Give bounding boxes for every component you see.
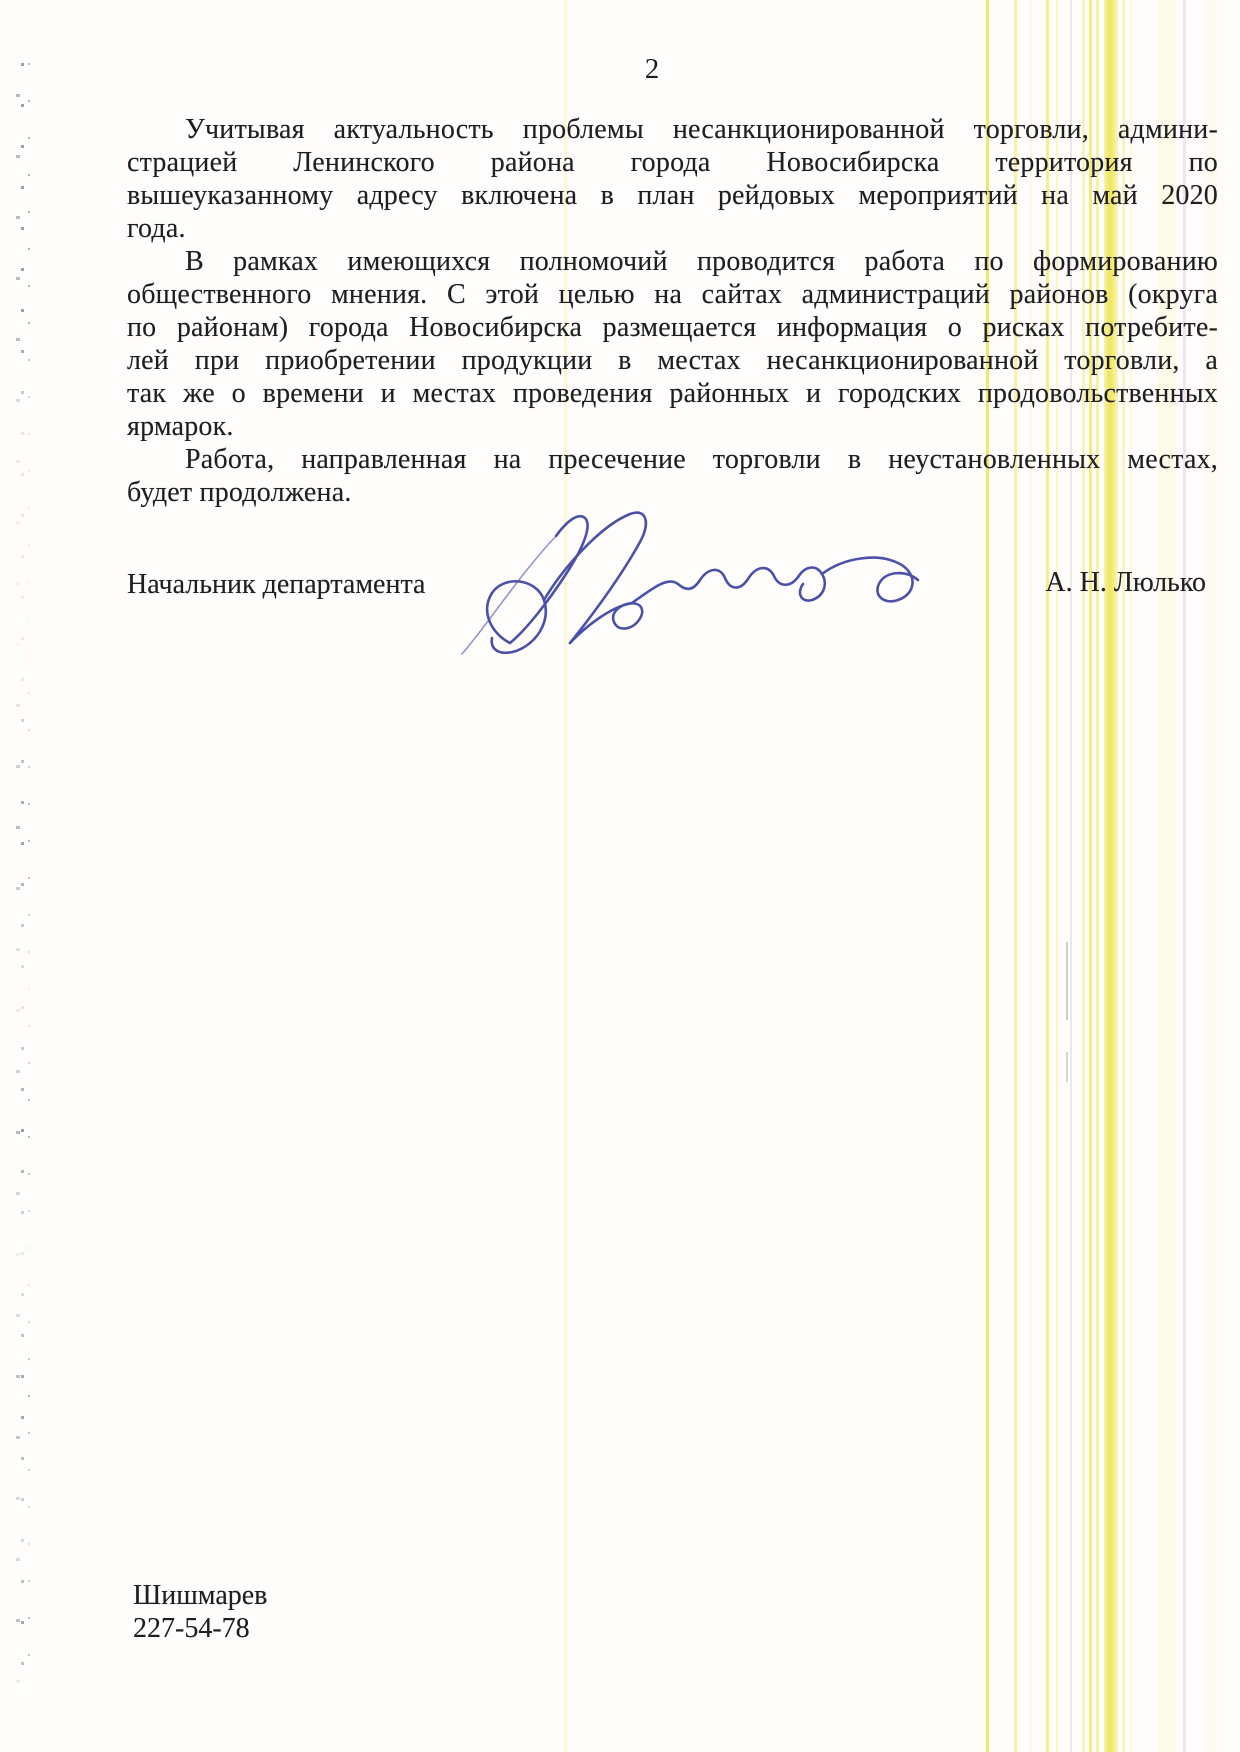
text-line: страцией Ленинского района города Новоси… bbox=[127, 146, 1218, 179]
executor-footer: Шишмарев 227-54-78 bbox=[133, 1579, 267, 1645]
scan-edge-noise bbox=[12, 34, 36, 1694]
text-line: лей при приобретении продукции в местах … bbox=[127, 344, 1218, 377]
scan-artifact bbox=[1066, 1052, 1068, 1082]
text-line: по районам) города Новосибирска размещае… bbox=[127, 311, 1218, 344]
text-line: В рамках имеющихся полномочий проводится… bbox=[127, 245, 1218, 278]
signer-name: А. Н. Люлько bbox=[1045, 566, 1206, 599]
document-body: Учитывая актуальность проблемы несанкцио… bbox=[127, 113, 1218, 509]
executor-name: Шишмарев bbox=[133, 1579, 267, 1612]
text-line: Работа, направленная на пресечение торго… bbox=[127, 443, 1218, 476]
executor-phone: 227-54-78 bbox=[133, 1612, 267, 1645]
scanned-document-page: 2 Учитывая актуальность проблемы несанкц… bbox=[0, 0, 1240, 1752]
signer-position-title: Начальник департамента bbox=[127, 568, 425, 601]
text-line: Учитывая актуальность проблемы несанкцио… bbox=[127, 113, 1218, 146]
scan-artifact bbox=[1066, 942, 1068, 1020]
page-number: 2 bbox=[616, 53, 688, 86]
text-line: общественного мнения. С этой целью на са… bbox=[127, 278, 1218, 311]
text-line: года. bbox=[127, 212, 1218, 245]
text-line: вышеуказанному адресу включена в план ре… bbox=[127, 179, 1218, 212]
text-line: так же о времени и местах проведения рай… bbox=[127, 377, 1218, 410]
text-line: ярмарок. bbox=[127, 410, 1218, 443]
handwritten-signature bbox=[448, 492, 948, 662]
